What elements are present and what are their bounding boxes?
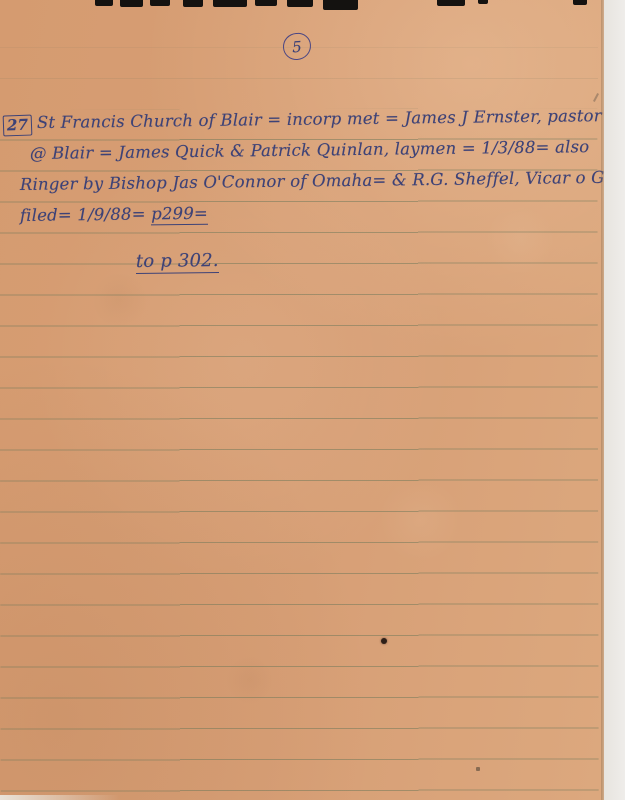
page-number: 5 xyxy=(292,37,303,56)
entry-number: 27 xyxy=(7,116,29,135)
scanner-background xyxy=(604,0,625,800)
ruled-line-faint xyxy=(0,78,598,79)
ink-speck xyxy=(381,638,387,644)
print-fragment xyxy=(287,0,313,7)
entry-number-boxed: 27 xyxy=(3,114,33,136)
print-fragment xyxy=(120,0,143,7)
handwriting-line-4: filed= 1/9/88= p299= xyxy=(20,204,208,225)
print-fragment xyxy=(437,0,465,6)
page-ref-302: to p 302. xyxy=(136,250,219,274)
print-fragment xyxy=(150,0,170,6)
print-fragment xyxy=(95,0,113,6)
print-fragment xyxy=(323,0,358,10)
print-fragment xyxy=(255,0,277,6)
print-fragment xyxy=(573,0,587,5)
page-ref-299: p299= xyxy=(151,204,208,226)
handwriting-line-4-prefix: filed= 1/9/88= xyxy=(20,204,151,225)
ink-speck xyxy=(476,767,480,771)
print-fragment xyxy=(478,0,488,4)
scanner-background-sliver xyxy=(0,795,120,800)
handwriting-line-5: to p 302. xyxy=(136,250,219,272)
print-fragment xyxy=(183,0,203,7)
print-fragment xyxy=(213,0,247,7)
